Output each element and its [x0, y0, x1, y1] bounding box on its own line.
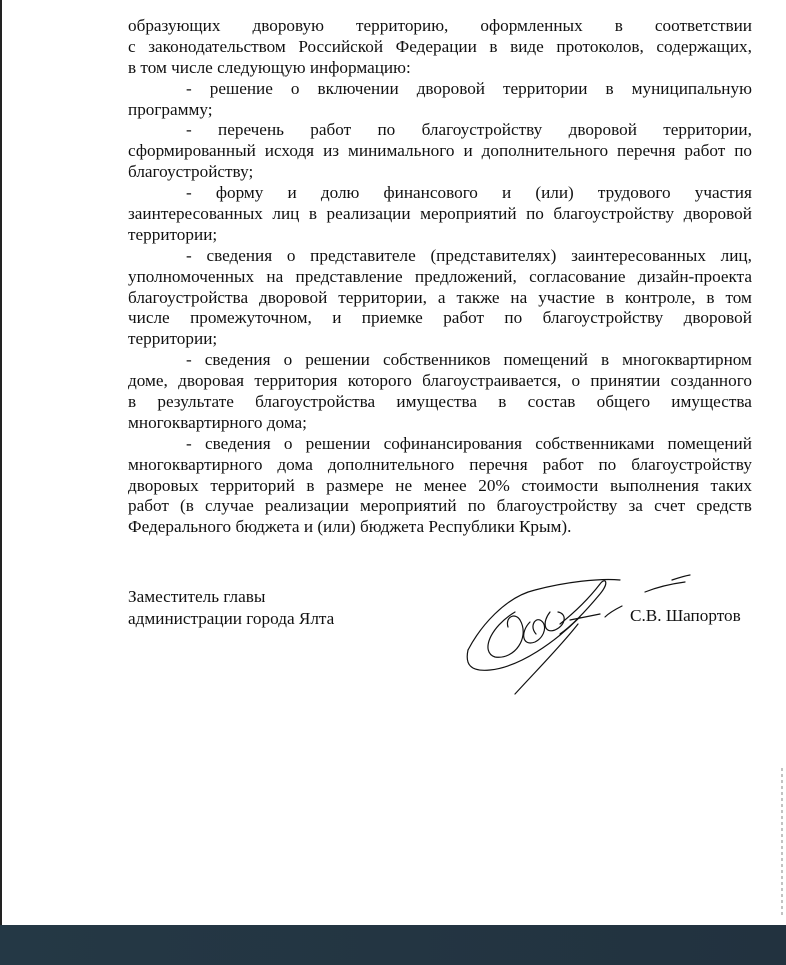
list-item-line: -формуидолюфинансовогои(или)трудовогоуча…: [128, 183, 752, 204]
handwritten-signature-icon: [460, 572, 700, 697]
text-line: работ(вслучаереализациимероприятийпоблаг…: [128, 496, 752, 517]
viewer-bottom-bar: [0, 925, 786, 965]
text-line: образующихдворовуютерриторию,оформленных…: [128, 16, 752, 37]
text-line: благоустройству;: [128, 162, 752, 183]
text-line: в том числе следующую информацию:: [128, 58, 752, 79]
list-item-line: -сведенияорешениисофинансированиясобстве…: [128, 434, 752, 455]
signatory-title: Заместитель главы администрации города Я…: [128, 586, 334, 630]
text-line: уполномоченныхнапредставлениепредложений…: [128, 267, 752, 288]
text-line: территории;: [128, 329, 752, 350]
list-item-line: -сведенияопредставителе(представителях)з…: [128, 246, 752, 267]
list-item-line: -решениеовключениидворовойтерриториивмун…: [128, 79, 752, 100]
text-line: числепромежуточном,иприемкеработпоблагоу…: [128, 308, 752, 329]
text-line: Федерального бюджета и (или) бюджета Рес…: [128, 517, 752, 538]
text-line: дворовыхтерриторийвразмеренеменее20%стои…: [128, 476, 752, 497]
text-line: благоустройствадворовойтерритории,атакже…: [128, 288, 752, 309]
text-line: врезультатеблагоустройстваимуществавсост…: [128, 392, 752, 413]
signatory-title-line2: администрации города Ялта: [128, 608, 334, 630]
text-line: сзаконодательствомРоссийскойФедерациивви…: [128, 37, 752, 58]
text-line: заинтересованныхлицвреализациимероприяти…: [128, 204, 752, 225]
text-line: территории;: [128, 225, 752, 246]
scan-artifact-edge: [781, 768, 783, 918]
text-line: многоквартирного дома;: [128, 413, 752, 434]
text-line: доме,двороваятерриториякоторогоблагоустр…: [128, 371, 752, 392]
list-item-line: -сведенияорешениисобственниковпомещенийв…: [128, 350, 752, 371]
signatory-name: С.В. Шапортов: [630, 605, 741, 627]
list-item-line: -переченьработпоблагоустройствудворовойт…: [128, 120, 752, 141]
signatory-title-line1: Заместитель главы: [128, 586, 334, 608]
text-line: многоквартирногодомадополнительногопереч…: [128, 455, 752, 476]
text-line: сформированныйисходяизминимальногоидопол…: [128, 141, 752, 162]
document-body: образующихдворовуютерриторию,оформленных…: [128, 16, 752, 538]
text-line: программу;: [128, 100, 752, 121]
